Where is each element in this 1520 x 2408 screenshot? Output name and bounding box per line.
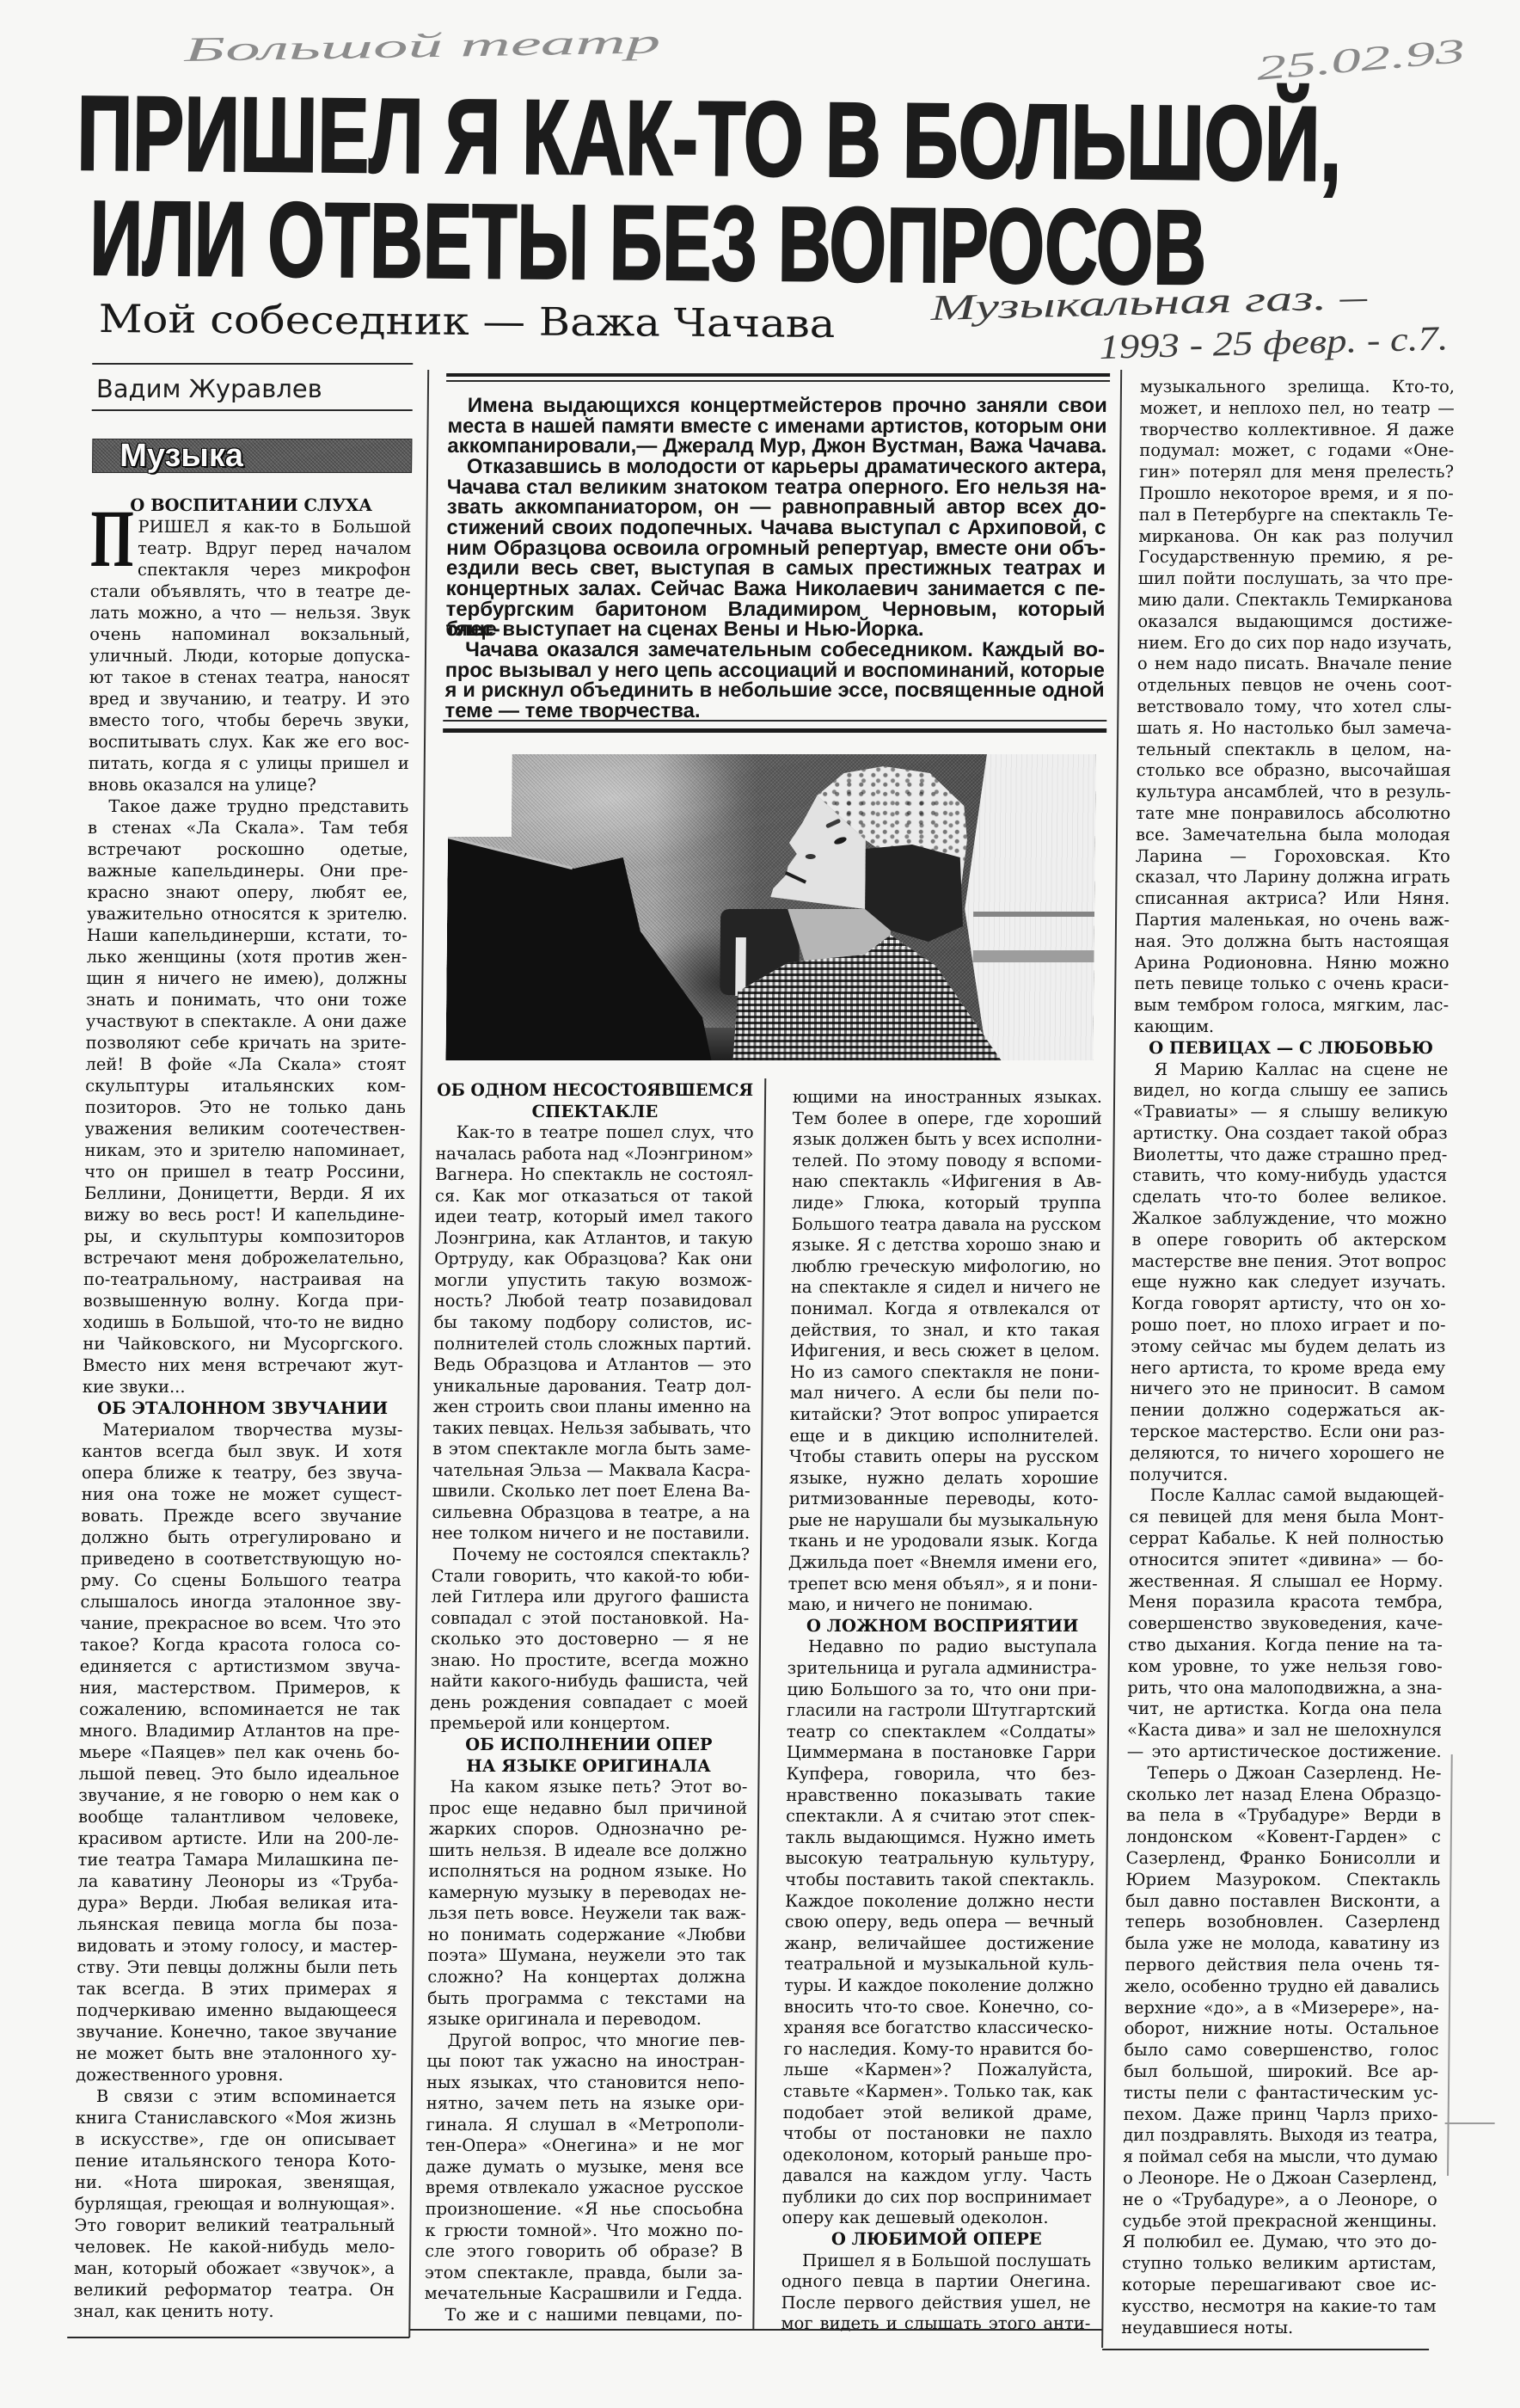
text-line: тяще выступает на сценах Вены и Нью-Йорк… [445,619,1105,640]
text-line: Отказавшись в молодости от карьеры драма… [447,457,1106,477]
text-line: Государственную премию, я ре- [1138,547,1453,568]
text-line: так всегда. В этих примерах я [77,1978,397,1999]
text-line: творчество коллективное. Я даже [1139,420,1454,441]
text-line: ющими на иностранных языках. [793,1087,1102,1109]
text-line: была уже не молода, каватину из [1125,1933,1440,1955]
bottom-rule [67,2337,409,2338]
text-line: теме — теме творчества. [444,701,1104,722]
text-line: книга Станиславского «Моя жизнь [76,2107,396,2128]
text-line: Как-то в театре пошел слух, что [436,1122,754,1144]
paragraph: музыкального зрелища. Кто-то,может, и не… [1134,377,1455,1038]
text-line: день рождения совпадает с моей [430,1692,748,1714]
text-line: Вагнера. Но спектакль не состоял- [435,1164,753,1186]
text-line: по-театральному, настраивая на [83,1268,404,1290]
photo-wall-band [973,950,1094,962]
text-line: уникальные дарования. Театр дол- [433,1376,751,1397]
heading-line: НА ЯЗЫКЕ ОРИГИНАЛА [429,1756,747,1778]
text-line: швили. Сколько лет поет Елена Ва- [432,1481,751,1502]
text-line: Когда говорят артисту, что он хо- [1131,1293,1446,1315]
text-line: встречают роскошно одетые, [88,838,408,860]
text-line: Это говорит великий театральный [74,2214,395,2236]
text-line: был большой, широкий. Все ар- [1124,2061,1438,2083]
text-line: жественная. Я слышал ее Норму. [1129,1571,1443,1593]
text-line: мьере «Паяцев» пел как очень бо- [79,1741,400,1763]
text-line: вым тембром голоса, мягким, лас- [1134,995,1449,1017]
text-line: Лоэнгрина, как Атлантов, и такую [434,1228,752,1250]
text-line: звучание. Конечно, такое звучание [77,2021,397,2042]
text-line: кантов всегда был звук. И хотя [82,1440,402,1462]
text-line: исполняться на родном языке. Но [428,1861,746,1883]
section-heading: О ВОСПИТАНИИ СЛУХА [91,494,412,516]
text-line: чит, не артистка. Когда она пела [1127,1698,1442,1720]
text-line: сказал, что Ларину должна играть [1135,867,1450,888]
text-line: стали объявлять, что в театре де- [90,580,411,602]
paragraph: Такое даже трудно представитьв стенах «Л… [83,795,409,1397]
text-line: вред и звучанию, и театру. И это [89,688,409,709]
text-line: оперу как дешевый одеколон. [781,2208,1091,2229]
text-line: пение итальянского тенора Кото- [75,2150,395,2171]
text-line: тисты пели с фантастическим ус- [1124,2083,1438,2104]
rubric-bar: Музыка [92,439,412,473]
text-line: Я полюбил ее. Думаю, что это до- [1122,2232,1437,2253]
column-middle-left: ОБ ОДНОМ НЕСОСТОЯВШЕМСЯСПЕКТАКЛЕКак-то в… [424,1080,754,2325]
paragraph: Пришел я в Большой послушатьодного певца… [781,2251,1091,2335]
text-line: театральной и музыкальной куль- [784,1954,1094,1975]
text-line: Почему не состоялся спектакль? [432,1545,750,1566]
rubric-label: Музыка [120,439,243,473]
text-line: цы поют так ужасно на иностран- [426,2051,745,2073]
text-line: Стали говорить, что какой-то юби- [432,1566,750,1588]
text-line: лько женщины (хотя против жен- [87,946,408,967]
paragraph: ющими на иностранных языках.Тем более в … [788,1087,1102,1616]
paragraph: В связи с этим вспоминаетсякнига Станисл… [73,2085,396,2322]
section-heading: О ПЕВИЦАХ — С ЛЮБОВЬЮ [1133,1038,1448,1060]
text-line: тельный спектакль в целом, на- [1137,740,1451,761]
paragraph: Почему не состоялся спектакль?Стали гово… [430,1545,750,1735]
text-line: льше «Кармен»? Пожалуйста, [783,2060,1093,2081]
text-line: Ведь Образцова и Атлантов — это [433,1354,751,1376]
text-line: еще и в дикцию исполнителей. [789,1426,1099,1447]
text-line: ткань и не уродовали язык. Когда [788,1531,1098,1552]
column-separator-middle [752,1078,766,2329]
text-line: рые не нарушали бы музыкальную [788,1510,1098,1532]
text-line: Недавно по радио выступала [788,1637,1097,1658]
text-line: видовать и этому голосу, и мастер- [77,1935,397,1956]
text-line: Чтобы ставить оперы на русском [789,1447,1099,1468]
heading-line: СПЕКТАКЛЕ [436,1102,754,1123]
text-line: должно быть отрегулировано и [81,1526,401,1548]
intro-rule-top-thin [446,380,1110,382]
text-line: красивом артисте. Или на 200-ле- [78,1827,399,1849]
text-line: вместо того, чтобы беречь звуки, [89,709,409,731]
column-right: музыкального зрелища. Кто-то,может, и не… [1121,377,1455,2338]
text-line: отдельных певцов не очень соот- [1137,675,1452,697]
text-line: цию Большого за то, что они при- [787,1680,1096,1701]
text-line: великий реформатор театра. Он [74,2279,395,2300]
paragraph: Теперь о Джоан Сазерленд. Не-сколько лет… [1121,1763,1441,2339]
text-line: совершенство звуковедения, каче- [1128,1613,1443,1635]
text-line: ная. Это должна быть настоящая [1135,931,1450,953]
text-line: Большого театра давала на русском [792,1214,1101,1236]
column-left: О ВОСПИТАНИИ СЛУХАПРИШЕЛ я как-то в Боль… [73,494,411,2322]
text-line: Циммермана в постановке Гарри [787,1742,1096,1764]
section-heading: ОБ ЭТАЛОННОМ ЗВУЧАНИИ [82,1397,402,1419]
text-line: ставить, что кому-нибудь удастся [1132,1165,1447,1187]
text-line: быть программа с текстами на [427,1988,745,2010]
text-line: ним Образцова освоила огромный репертуар… [446,538,1106,559]
text-line: театр. Вдруг перед началом [90,537,411,559]
text-line: мечательные Касрашвили и Гедда. [425,2283,743,2305]
text-line: Беллини, Доницетти, Верди. Я их [84,1182,405,1204]
paragraph: Я Марию Каллас на сцене невидел, но когд… [1130,1060,1449,1486]
text-line: подчеркиваю именно выдающееся [77,1999,397,2021]
text-line: судьбе этой прекрасной женщины. [1122,2211,1437,2233]
text-line: оказался выдающимся достиже- [1137,611,1452,633]
text-line: места в нашей памяти вместе с именами ар… [447,416,1106,437]
text-line: позиторов. Это не только дань [85,1096,406,1118]
text-line: чание, прекрасное во всем. Что это [80,1612,401,1634]
text-line: гласили на гастроли Штутгартский [787,1700,1096,1722]
text-line: но понимать содержание «Любви [428,1925,746,1946]
text-line: о нем надо писать. Вначале пение [1137,654,1452,675]
heading-line: ОБ ЭТАЛОННОМ ЗВУЧАНИИ [82,1397,402,1419]
text-line: бы такому подбору солистов, ис- [433,1312,751,1334]
text-line: терское мастерство. Если они раз- [1130,1422,1444,1443]
text-line: высокую театральную культуру, [785,1848,1094,1870]
text-line: Сазерленд, Франко Бонисолли и [1125,1848,1440,1870]
text-line: После Каллас самой выдающей- [1129,1485,1443,1507]
text-line: ют такое в стенах театра, наносят [89,666,410,688]
text-line: ся. Как мог отказаться от такой [435,1186,753,1207]
text-line: таких певцах. Нельзя забывать, что [432,1418,751,1440]
drop-cap: П [90,498,134,580]
section-heading: ОБ ОДНОМ НЕСОСТОЯВШЕМСЯСПЕКТАКЛЕ [436,1080,754,1122]
text-line: время отвлекало ужасное русское [426,2178,744,2199]
text-line: еще нужно как следует изучать. [1131,1272,1446,1293]
text-line: подумал: может, с годами «Оне- [1139,440,1454,462]
text-line: культура ансамблей, что в резуль- [1136,782,1450,803]
text-line: публики до сих пор воспринимает [782,2187,1092,2208]
text-line: спектакля через микрофон [90,559,411,580]
text-line: Я Марию Каллас на сцене не [1133,1060,1448,1081]
text-line: сильевна Образцова в театре, а на [432,1502,750,1524]
text-line: очень напоминал вокзальный, [89,623,410,645]
text-line: ман, который обожает «звучок», а [74,2257,395,2279]
text-line: прос вызывал у него цепь ассоциаций и во… [445,660,1105,681]
text-line: храняя все богатство классическо- [784,2018,1094,2039]
text-line: Партия маленькая, но очень важ- [1135,910,1450,931]
text-line: серрат Кабалье. К ней полностью [1129,1528,1443,1550]
text-line: такль выдающимся. Нужно иметь [786,1827,1095,1849]
text-line: могли упустить такую возмож- [434,1270,752,1292]
text-line: найти какого-нибудь фашиста, чей [430,1671,748,1692]
text-line: прос еще недавно был причиной [429,1798,747,1820]
text-line: Такое даже трудно представить [88,795,408,817]
article-body: Вадим Журавлев Музыка Имена выдающихся к… [0,0,1520,2408]
text-line: приведено в соответствующую но- [81,1548,401,1569]
text-line: пении должно содержаться ак- [1130,1400,1444,1422]
text-line: верхние «до», а в «Мизерере», на- [1125,1998,1439,2019]
text-line: все. Замечательна была молодая [1136,825,1450,846]
text-line: телей. По этому поводу я вспоми- [792,1151,1101,1172]
bottom-rule [1102,2349,1429,2350]
text-line: слышалось иногда эталонное зву- [80,1591,401,1612]
text-line: шать я. Но настолько был замеча- [1137,718,1451,740]
section-heading: ОБ ИСПОЛНЕНИИ ОПЕРНА ЯЗЫКЕ ОРИГИНАЛА [429,1735,747,1777]
text-line: ство дыхания. Когда пение на та- [1128,1635,1443,1656]
bottom-rule [409,2329,1102,2331]
text-line: мастерстве вне пения. Этот вопрос [1131,1251,1446,1273]
text-line: этому сейчас мы будем делать из [1131,1336,1445,1358]
text-line: нием. Его до сих пор надо изучать, [1137,633,1452,654]
text-line: кие звуки... [83,1376,403,1397]
text-line: тен-Опера» «Онегина» и не мог [426,2135,744,2157]
text-line: Наши капельдинерши, кстати, то- [87,924,408,946]
paragraph: Недавно по радио выступалазрительница и … [781,1637,1097,2229]
text-line: сделать что-то более великое. [1132,1187,1447,1208]
text-line: никам, это и зрителю напоминает, [84,1139,405,1161]
text-line: идеи театр, который имел такого [435,1207,753,1228]
text-line: встречают меня доброжелательно, [83,1247,404,1268]
text-line: рить, что она малоподвижна, а зна- [1127,1678,1442,1699]
paragraph: ПРИШЕЛ я как-то в Большойтеатр. Вдруг пе… [88,516,411,795]
text-line: ком уровне, то уже нельзя гово- [1128,1656,1443,1678]
text-line: ездили весь свет, выступая в самых прест… [446,558,1106,579]
text-line: ры, и скульптуры композиторов [83,1225,404,1247]
text-line: мог видеть и слышать этого анти- [781,2313,1090,2335]
byline: Вадим Журавлев [96,377,322,402]
text-line: не о «Трубадуре», а о Леоноре, о [1123,2190,1437,2211]
text-line: уважительно относятся к зрителю. [87,903,408,924]
text-line: наю спектакль «Ифигения в Ав- [792,1171,1101,1193]
text-line: знал, как ценить ноту. [73,2300,394,2322]
text-line: началась работа над «Лоэнгрином» [435,1144,753,1165]
text-line: жен строить свои планы именно на [432,1397,751,1418]
text-line: знаю. Но простите, всегда можно [431,1650,749,1672]
text-line: воспитывать слух. Как же его вос- [89,731,409,752]
text-line: После первого действия ушел, не [781,2293,1090,2314]
text-line: льянская певица могла бы поза- [77,1913,398,1935]
text-line: мию дали. Спектакль Темирканова [1137,590,1452,611]
text-line: гинала. Я слушал в «Метрополи- [426,2115,744,2136]
text-line: возвышенную волну. Когда при- [83,1290,404,1311]
text-line: петь певице только с очень краси- [1134,974,1449,995]
text-line: «Каста дива» и зал не шелохнулся [1127,1720,1442,1741]
text-line: жанр, величайшее достижение [785,1933,1094,1955]
text-line: на спектакле я сидел и ничего не [791,1277,1100,1299]
paragraph: Отказавшись в молодости от карьеры драма… [445,457,1106,640]
text-line: Арина Родионовна. Няню можно [1134,953,1449,974]
intro-rule-bottom-thin [443,720,1106,722]
text-line: Другой вопрос, что многие пев- [426,2030,745,2052]
text-line: Теперь о Джоан Сазерленд. Не- [1126,1763,1441,1784]
text-line: языке, нужно делать хорошие [789,1468,1099,1490]
text-line: опера ближе к театру, без звуча- [82,1462,402,1483]
text-line: лей Гитлера или другого фашиста [431,1587,749,1608]
text-line: Чачава стал великим знатоком театра опер… [447,477,1106,498]
text-line: Прошло некоторое время, и я по- [1139,483,1454,505]
text-line: чтобы от постановки не пахло [782,2123,1092,2145]
text-line: щин я ничего не имею), должны [86,967,407,989]
text-line: чательная Эльза — Маквала Касра- [432,1460,751,1482]
text-line: рошо поет, но плохо играет и по- [1131,1315,1445,1336]
text-line: языке. Я с детства хорошо знаю и [791,1235,1100,1256]
text-line: концертных залах. Сейчас Важа Николаевич… [446,579,1106,599]
text-line: нятно, зачем петь на языке ори- [426,2093,745,2115]
newspaper-clipping: Большой театр 25.02.93 ПРИШЕЛ Я КАК-ТО В… [0,0,1520,2408]
text-line: давался на каждом углу. Часть [782,2165,1092,2187]
text-line: ступно только великим артистам, [1122,2253,1437,2275]
text-line: Имена выдающихся концертмейстеров прочно… [448,396,1107,416]
text-line: важные капельдинеры. Они пре- [87,860,408,881]
text-line: неудавшиеся ноты. [1121,2318,1436,2339]
text-line: вообще талантливом человеке, [78,1806,399,1827]
text-line: дил поздравлять. Выходя из театра, [1123,2125,1437,2147]
text-line: То же и с нашими певцами, по- [424,2305,742,2326]
text-line: рму. Со сцены Большого театра [81,1569,401,1591]
text-line: кусство, несмотря на какие-то там [1121,2296,1436,2318]
text-line: льзя петь вовсе. Неужели так важ- [428,1903,746,1925]
text-line: в стенах «Ла Скала». Там тебя [88,817,408,838]
heading-line: ОБ ИСПОЛНЕНИИ ОПЕР [430,1735,748,1756]
photo-nostril [806,854,816,859]
text-line: в опере говорить об актерском [1131,1230,1446,1251]
text-line: китайски? Этот вопрос упирается [789,1404,1099,1426]
text-line: звучание, я не говорю о нем как о [78,1784,399,1806]
text-line: Юрием Мазуроком. Спектакль [1125,1870,1440,1891]
text-line: тербургским баритоном Владимиром Черновы… [445,599,1105,620]
text-line: ходишь в Большой, что-то не видно [83,1311,403,1333]
text-line: Ларина — Гороховская. Кто [1136,846,1450,868]
text-line: был давно поставлен Висконти, а [1125,1891,1440,1913]
text-line: скульптуры итальянских ком- [85,1075,406,1096]
text-line: Жалкое заблуждение, что можно [1132,1208,1447,1230]
text-line: даже думать о музыке, меня все [426,2157,744,2178]
text-line: вижу во весь рост! И капельдине- [84,1204,405,1225]
text-line: свою оперу, ведь опера — вечный [785,1912,1094,1933]
heading-line: О ЛОЖНОМ ВОСПРИЯТИИ [788,1616,1097,1637]
text-line: ничего это не приносит. В самом [1131,1379,1445,1400]
intro-rule-bottom-thick [443,728,1106,733]
text-line: действия, то знал, и кто такая [790,1320,1100,1342]
text-line: к грюсти томной». Что можно по- [425,2221,743,2242]
text-line: вновь оказался на улице? [88,774,408,795]
text-line: Чачава оказался замечательным собеседник… [445,640,1105,660]
text-line: «Травиаты» — я слышу великую [1133,1102,1448,1123]
text-line: тате мне понравилось абсолютно [1136,803,1450,825]
photo-wall-band [973,912,1094,917]
text-line: не может быть вне эталонного ху- [76,2042,396,2064]
text-line: ставьте «Кармен». Только так, как [783,2081,1093,2103]
text-line: музыкального зрелища. Кто-то, [1140,377,1455,398]
text-line: понимал. Когда я отвлекался от [791,1299,1100,1320]
text-line: поэта» Шумана, неужели это так [427,1945,745,1967]
text-line: оборот, нижние ноты. Остальное [1125,2018,1439,2040]
rule-under-byline [92,409,413,411]
text-line: уличный. Люди, которые допуска- [89,645,410,666]
text-line: звать аккомпаниатором, он — равноправный… [447,497,1106,518]
text-line: одного певца в партии Онегина. [781,2271,1091,2293]
text-line: сколько это достоверно — я не [431,1629,749,1650]
text-line: ся певицей для меня была Монт- [1129,1507,1443,1528]
text-line: Пришел я в Большой послушать [781,2251,1091,2272]
paragraph: После Каллас самой выдающей-ся певицей д… [1127,1485,1444,1762]
text-line: сколько лет назад Елена Образцо- [1126,1784,1441,1806]
text-line: одеколоном, который раньше про- [782,2145,1092,2166]
text-line: сложно? На концертах должна [427,1967,745,1988]
heading-line: О ЛЮБИМОЙ ОПЕРЕ [781,2229,1091,2251]
text-line: ва пела в «Трубадуре» Верди в [1126,1805,1441,1827]
text-line: видел, но когда слышу ее запись [1133,1080,1448,1102]
text-line: человек. Не какой-нибудь мело- [74,2236,395,2257]
text-line: В связи с этим вспоминается [76,2085,396,2107]
text-line: Но из самого спектакля не пони- [790,1362,1100,1384]
text-line: пал в Петербурге на спектакль Те- [1138,505,1453,526]
text-line: лей! В фойе «Ла Скала» стоят [85,1053,406,1075]
text-line: знать и понимать, что они тоже [86,989,407,1010]
text-line: дожественного уровня. [76,2064,396,2085]
text-line: списанная актриса? Или Няня. [1135,888,1450,910]
text-line: ветствовало тому, что хотел слы- [1137,697,1451,718]
text-line: На каком языке петь? Этот во- [429,1777,747,1798]
text-line: произношение. «Я нье спосьобна [426,2199,744,2221]
heading-line: О ПЕВИЦАХ — С ЛЮБОВЬЮ [1133,1038,1448,1060]
text-line: ству. Эти певцы должны были петь [77,1956,397,1978]
text-line: мал ничего. А если бы пели по- [790,1383,1100,1404]
text-line: маю, и ничего не понимаю. [788,1594,1097,1616]
text-line: в искусстве», где он описывает [75,2128,395,2150]
heading-line: ОБ ОДНОМ НЕСОСТОЯВШЕМСЯ [436,1080,754,1102]
text-line: чтобы поставить такой спектакль. [785,1870,1094,1891]
text-line: жарких споров. Однозначно ре- [429,1819,747,1840]
paragraph: Другой вопрос, что многие пев-цы поют та… [425,2030,745,2305]
text-line: Каждое поколение должно нести [785,1891,1094,1913]
text-line: зрительница и ругала администра- [788,1658,1097,1680]
text-line: Джильда поет «Внемля имени его, [788,1552,1098,1574]
text-line: много. Владимир Атлантов на пре- [79,1720,400,1741]
text-line: Вместо них меня встречают жут- [83,1354,403,1376]
text-line: жело, особенно трудно ей давались [1125,1976,1439,1998]
text-line: язык должен быть у всех исполни- [792,1129,1101,1151]
text-line: льшой певец. Это было идеальное [78,1763,399,1784]
text-line: лать можно, а что — нельзя. Звук [89,602,410,623]
text-line: было само совершенство, голос [1124,2040,1438,2061]
text-line: столько все образно, высочайшая [1137,760,1451,782]
text-line: ных языках, что становится непо- [426,2073,745,2094]
text-line: лондонском «Ковент-Гарден» с [1126,1827,1441,1848]
text-line: РИШЕЛ я как-то в Большой [90,516,411,537]
text-line: пехом. Даже принц Чарлз прихо- [1124,2104,1438,2126]
paragraph: Материалом творчества музы-кантов всегда… [76,1419,402,2085]
text-line: Ортруду, как Образцова? Как они [434,1249,752,1270]
text-line: что он пришел в театр Россини, [84,1161,405,1182]
text-line: теперь возобновлен. Сазерленд [1125,1912,1440,1933]
text-line: которые перешагивают свое ис- [1122,2275,1437,2296]
text-line: ность? Любой театр позавидовал [434,1291,752,1312]
text-line: трепет всю меня объял», я и пони- [788,1574,1098,1595]
text-line: люблю греческую мифологию, но [791,1256,1100,1278]
text-line: дура» Верди. Любая великая ита- [77,1892,398,1913]
text-line: красно знают оперу, любят ее, [87,881,408,903]
text-line: уважения великим соотечествен- [85,1118,406,1139]
text-line: него артиста, то кроме вреда ему [1131,1358,1445,1379]
paragraph: Имена выдающихся концертмейстеров прочно… [447,396,1107,457]
text-line: шить нельзя. В идеале все должно [429,1840,747,1862]
text-line: языке оригинала и переводом. [427,2009,745,2030]
text-line: я и рискнул объединить в небольшие эссе,… [444,680,1104,701]
text-line: Меня поразила красота тембра, [1128,1592,1443,1613]
text-line: — это артистическое достижение. [1127,1741,1442,1763]
